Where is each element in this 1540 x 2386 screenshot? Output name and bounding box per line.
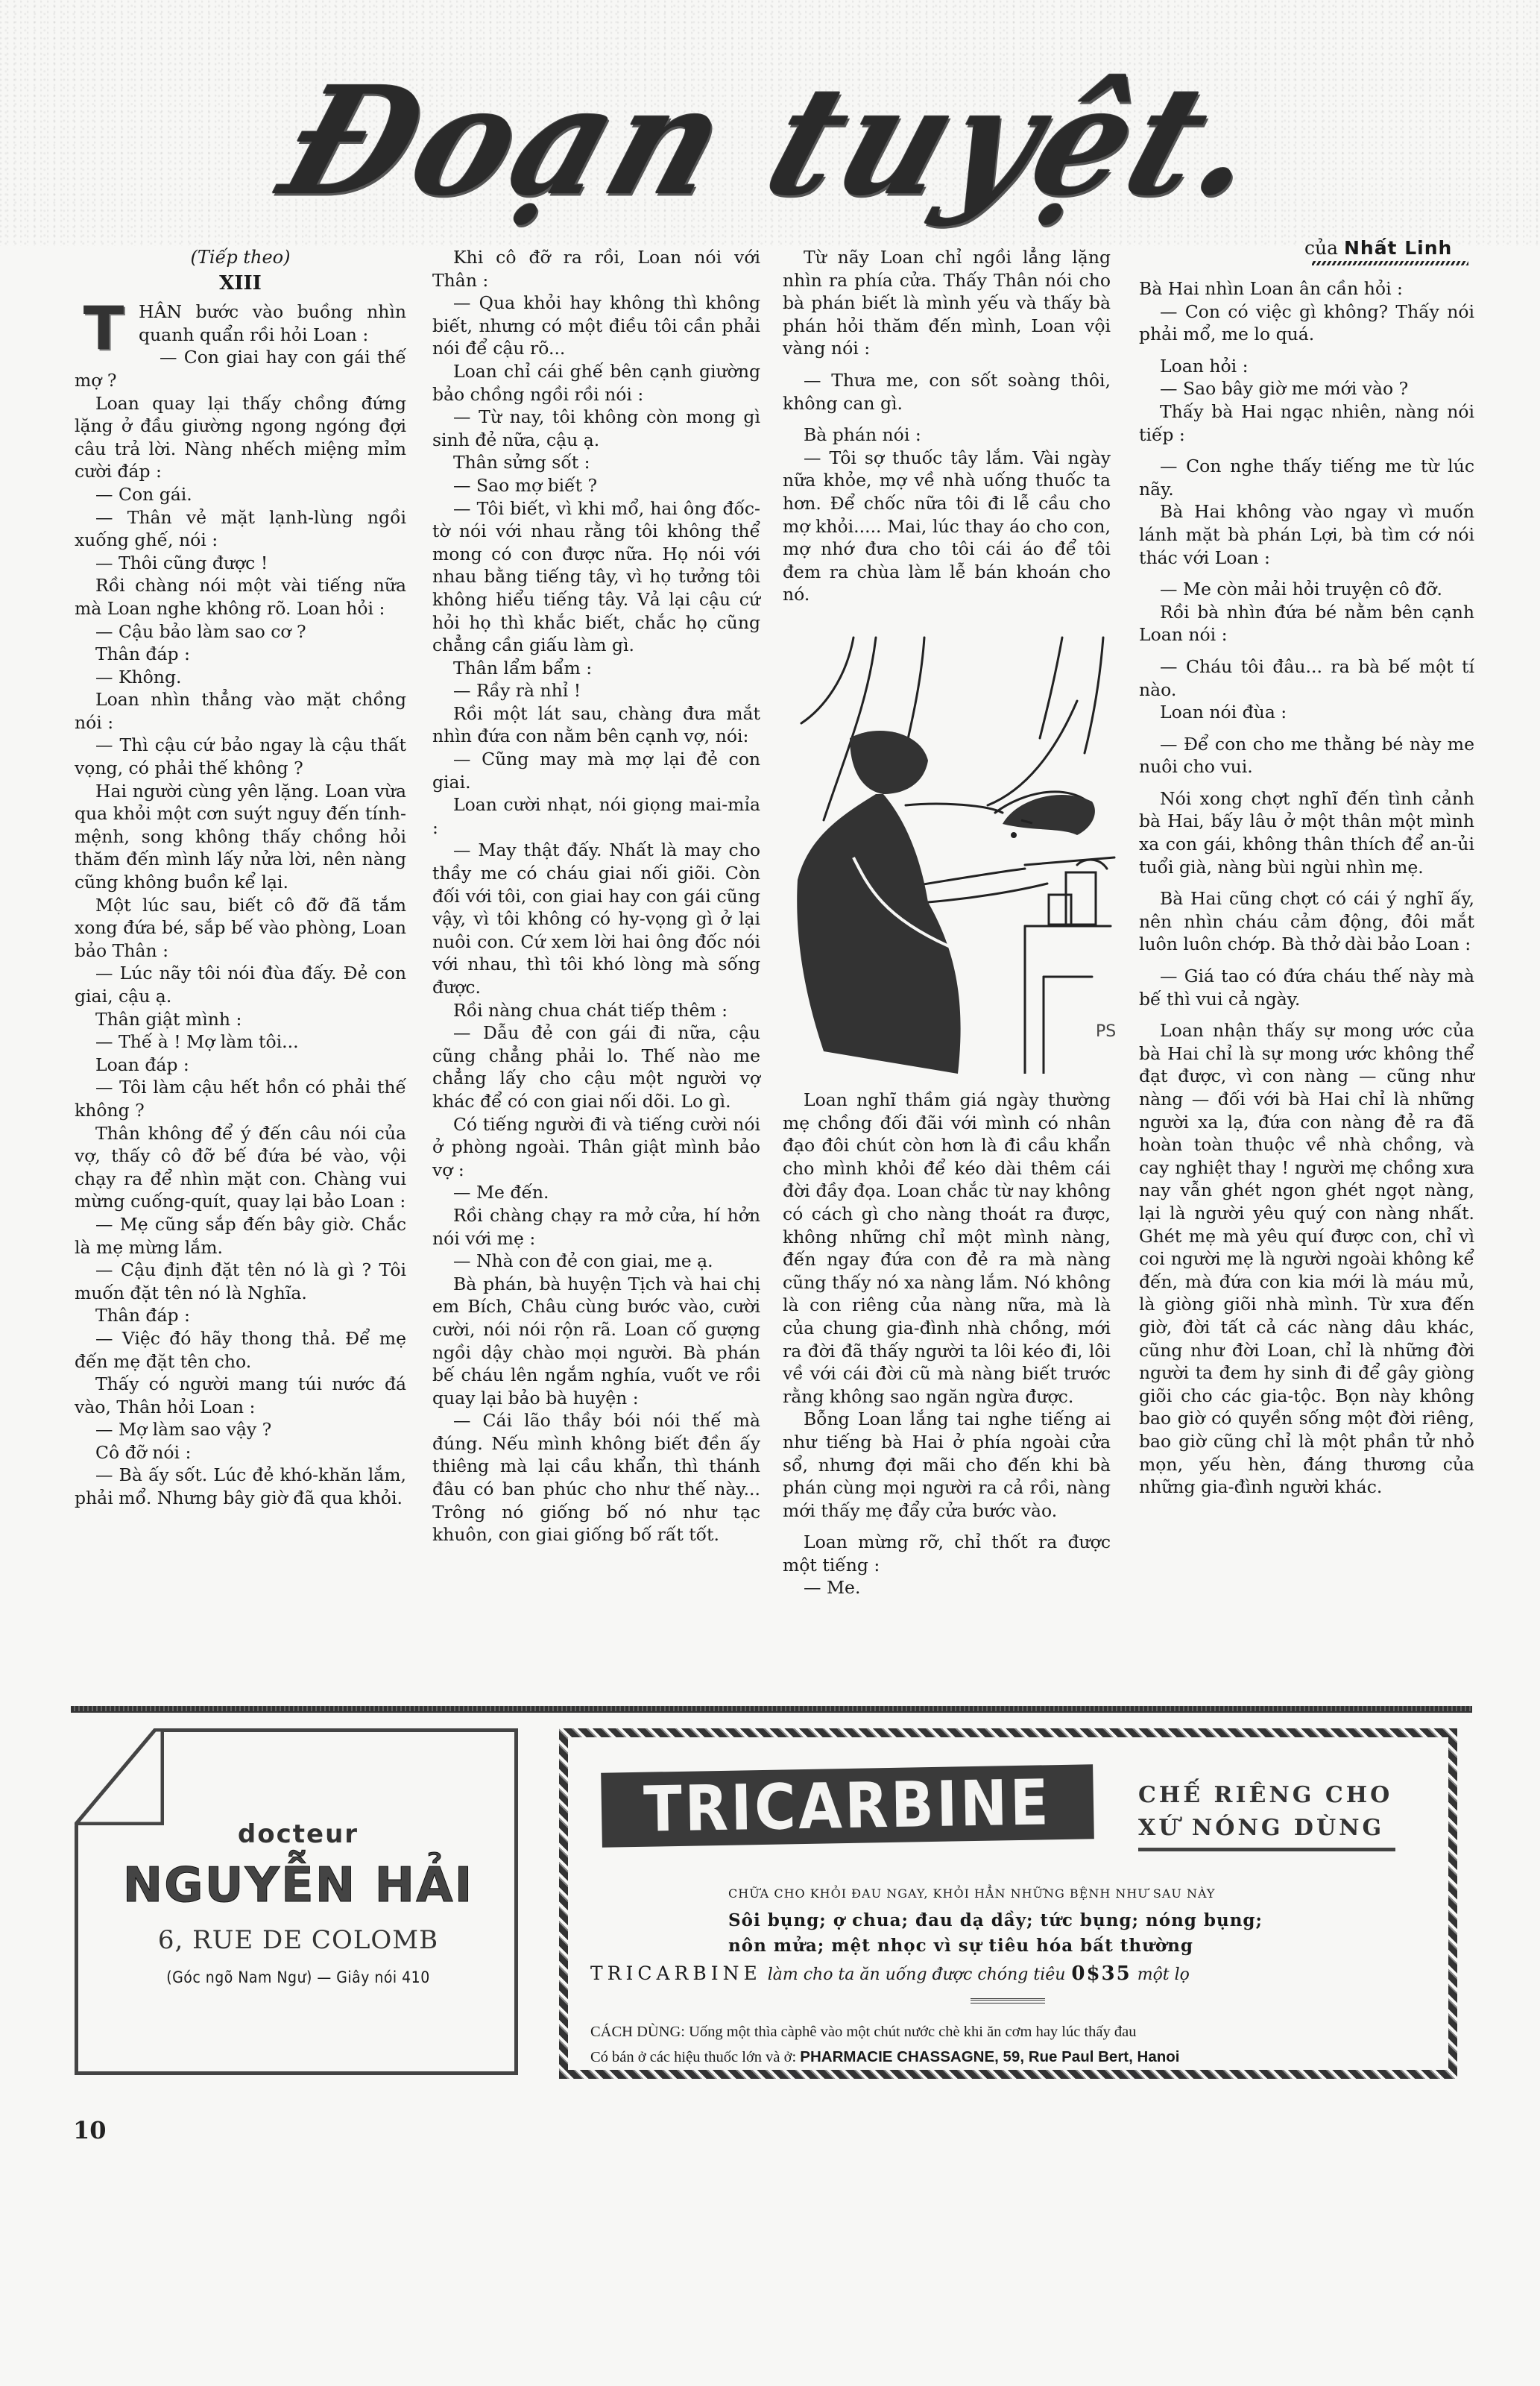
price-divider bbox=[971, 1998, 1045, 2003]
chapter-heading: XIII bbox=[75, 272, 406, 295]
continued-label: (Tiếp theo) bbox=[75, 246, 406, 269]
price-amount: 0$35 bbox=[1071, 1962, 1131, 1985]
story-column-4: Bà Hai nhìn Loan ân cần hỏi : — Con có v… bbox=[1139, 277, 1474, 1499]
tricarbine-logo: TRICARBINE bbox=[601, 1764, 1094, 1848]
drop-cap: T bbox=[75, 302, 133, 356]
tagline-line-1: CHẾ RIÊNG CHO bbox=[1138, 1779, 1395, 1812]
paragraph: Nói xong chợt nghĩ đến tình cảnh bà Hai,… bbox=[1139, 787, 1474, 878]
doctor-title-label: docteur bbox=[82, 1819, 514, 1849]
paragraph: — Me còn mải hỏi truyện cô đỡ. bbox=[1139, 578, 1474, 601]
paragraph: Loan hỏi : bbox=[1139, 355, 1474, 378]
paragraph: — Con gái. bbox=[75, 483, 406, 506]
story-column-2: Khi cô đỡ ra rồi, Loan nói với Thân : — … bbox=[432, 246, 760, 1546]
tricarbine-indications: CHỮA CHO KHỎI ĐAU NGAY, KHỎI HẲN NHỮNG B… bbox=[728, 1886, 1377, 1959]
paragraph: Rồi bà nhìn đứa bé nằm bên cạnh Loan nói… bbox=[1139, 601, 1474, 646]
story-column-1: (Tiếp theo) XIII T HÂN bước vào buồng nh… bbox=[75, 246, 406, 1510]
paragraph: — Cậu định đặt tên nó là gì ? Tôi muốn đ… bbox=[75, 1259, 406, 1304]
paragraph: Loan mừng rỡ, chỉ thốt ra được một tiếng… bbox=[783, 1531, 1111, 1576]
paragraph: Hai người cùng yên lặng. Loan vừa qua kh… bbox=[75, 780, 406, 894]
paragraph: Bỗng Loan lắng tai nghe tiếng ai như tiế… bbox=[783, 1408, 1111, 1522]
paragraph: Loan cười nhạt, nói giọng mai-mỉa : bbox=[432, 793, 760, 839]
byline-author: Nhất Linh bbox=[1344, 237, 1452, 259]
paragraph: — Từ nay, tôi không còn mong gì sinh đẻ … bbox=[432, 406, 760, 451]
section-divider bbox=[71, 1706, 1472, 1713]
paragraph: Loan quay lại thấy chồng đứng lặng ở đầu… bbox=[75, 392, 406, 483]
price-description: làm cho ta ăn uống được chóng tiêu bbox=[768, 1965, 1066, 1984]
illustrator-signature: PS bbox=[1096, 1022, 1116, 1041]
byline: của Nhất Linh bbox=[1304, 237, 1452, 259]
tricarbine-tagline: CHẾ RIÊNG CHO XỨ NÓNG DÙNG bbox=[1138, 1779, 1395, 1851]
serial-title: Đoạn tuyệt. bbox=[268, 67, 1283, 216]
tagline-line-2: XỨ NÓNG DÙNG bbox=[1138, 1812, 1395, 1845]
byline-decorative-rule bbox=[1312, 261, 1468, 265]
paragraph: — Con nghe thấy tiếng me từ lúc nãy. bbox=[1139, 455, 1474, 500]
paragraph: — Sao mợ biết ? bbox=[432, 474, 760, 497]
paragraph: — Mẹ cũng sắp đến bây giờ. Chắc là mẹ mừ… bbox=[75, 1213, 406, 1259]
doctor-address: 6, RUE DE COLOMB bbox=[82, 1925, 514, 1955]
paragraph: — Giá tao có đứa cháu thế này mà bế thì … bbox=[1139, 965, 1474, 1010]
paragraph: Thấy có người mang túi nước đá vào, Thân… bbox=[75, 1373, 406, 1418]
paragraph: — Tôi biết, vì khi mổ, hai ông đốc-tờ nó… bbox=[432, 497, 760, 657]
paragraph: — Tôi sợ thuốc tây lắm. Vài ngày nữa khỏ… bbox=[783, 447, 1111, 606]
retailer-name: PHARMACIE CHASSAGNE, 59, Rue Paul Bert, … bbox=[800, 2048, 1179, 2065]
paragraph: — Cháu tôi đâu... ra bà bế một tí nào. bbox=[1139, 655, 1474, 701]
tricarbine-logo-text: TRICARBINE bbox=[643, 1766, 1052, 1846]
paragraph: Khi cô đỡ ra rồi, Loan nói với Thân : bbox=[432, 246, 760, 292]
story-column-3-top: Từ nãy Loan chỉ ngồi lẳng lặng nhìn ra p… bbox=[783, 246, 1111, 606]
masthead: Đoạn tuyệt. bbox=[142, 52, 1409, 231]
paragraph: Loan chỉ cái ghế bên cạnh giường bảo chồ… bbox=[432, 360, 760, 406]
paragraph: Bà phán, bà huyện Tịch và hai chị em Bíc… bbox=[432, 1273, 760, 1410]
tricarbine-advertisement: TRICARBINE CHẾ RIÊNG CHO XỨ NÓNG DÙNG CH… bbox=[559, 1728, 1457, 2079]
paragraph: — Mợ làm sao vậy ? bbox=[75, 1418, 406, 1441]
paragraph: — Con có việc gì không? Thấy nói phải mổ… bbox=[1139, 300, 1474, 346]
price-unit: một lọ bbox=[1137, 1965, 1190, 1984]
paragraph: Bà Hai không vào ngay vì muốn lánh mặt b… bbox=[1139, 500, 1474, 569]
paragraph: Thấy bà Hai ngạc nhiên, nàng nói tiếp : bbox=[1139, 400, 1474, 446]
paragraph: Rồi chàng chạy ra mở cửa, hí hởn nói với… bbox=[432, 1204, 760, 1250]
paragraph: Loan nhìn thẳng vào mặt chồng nói : bbox=[75, 688, 406, 734]
folded-corner-icon bbox=[75, 1728, 164, 1825]
paragraph: Một lúc sau, biết cô đỡ đã tắm xong đứa … bbox=[75, 894, 406, 963]
paragraph: — Thế à ! Mợ làm tôi... bbox=[75, 1030, 406, 1054]
paragraph: — Cái lão thầy bói nói thế mà đúng. Nếu … bbox=[432, 1409, 760, 1546]
retailer-line: Có bán ở các hiệu thuốc lớn và ở: PHARMA… bbox=[590, 2045, 1433, 2070]
paragraph: — Thôi cũng được ! bbox=[75, 552, 406, 575]
paragraph: Bà Hai nhìn Loan ân cần hỏi : bbox=[1139, 277, 1474, 300]
symptoms-list: Sôi bụng; ợ chua; đau dạ dầy; tức bụng; … bbox=[728, 1908, 1377, 1959]
doctor-name: NGUYỄN HẢI bbox=[82, 1858, 514, 1913]
paragraph: Rồi chàng nói một vài tiếng nữa mà Loan … bbox=[75, 574, 406, 620]
paragraph: Bà Hai cũng chợt có cái ý nghĩ ấy, nên n… bbox=[1139, 887, 1474, 956]
paragraph: Loan đáp : bbox=[75, 1054, 406, 1077]
paragraph: — Thì cậu cứ bảo ngay là cậu thất vọng, … bbox=[75, 734, 406, 779]
paragraph: — Lúc nãy tôi nói đùa đấy. Đẻ con giai, … bbox=[75, 962, 406, 1007]
paragraph: — Cũng may mà mợ lại đẻ con giai. bbox=[432, 748, 760, 793]
paragraph: — May thật đấy. Nhất là may cho thầy me … bbox=[432, 839, 760, 998]
bedside-scene-illustration: PS bbox=[779, 634, 1129, 1074]
paragraph: — Bà ấy sốt. Lúc đẻ khó-khăn lắm, phải m… bbox=[75, 1464, 406, 1509]
paragraph: — Qua khỏi hay không thì không biết, như… bbox=[432, 292, 760, 360]
doctor-advertisement: docteur NGUYỄN HẢI 6, RUE DE COLOMB (Góc… bbox=[82, 1819, 514, 1986]
paragraph: Thân không để ý đến câu nói của vợ, thấy… bbox=[75, 1122, 406, 1213]
paragraph: — Cậu bảo làm sao cơ ? bbox=[75, 620, 406, 643]
paragraph: — Sao bây giờ me mới vào ? bbox=[1139, 377, 1474, 400]
usage-instructions: CÁCH DÙNG: Uống một thìa càphê vào một c… bbox=[590, 2019, 1433, 2070]
paragraph: — Rầy rà nhỉ ! bbox=[432, 679, 760, 702]
price-brand: TRICARBINE bbox=[590, 1962, 762, 1984]
usage-text: CÁCH DÙNG: Uống một thìa càphê vào một c… bbox=[590, 2019, 1433, 2045]
paragraph: Loan nghĩ thầm giá ngày thường mẹ chồng … bbox=[783, 1089, 1111, 1408]
paragraph: Bà phán nói : bbox=[783, 424, 1111, 447]
paragraph: Thân đáp : bbox=[75, 1304, 406, 1327]
story-column-3-bottom: Loan nghĩ thầm giá ngày thường mẹ chồng … bbox=[783, 1089, 1111, 1599]
paragraph: — Dẫu đẻ con gái đi nữa, cậu cũng chẳng … bbox=[432, 1022, 760, 1112]
paragraph: — Không. bbox=[75, 666, 406, 689]
paragraph: Loan nói đùa : bbox=[1139, 701, 1474, 724]
paragraph: — Việc đó hãy thong thả. Để mẹ đến mẹ đặ… bbox=[75, 1327, 406, 1373]
symptoms-line-2: nôn mửa; mệt nhọc vì sự tiêu hóa bất thư… bbox=[728, 1933, 1377, 1959]
opening-paragraph: T HÂN bước vào buồng nhìn quanh quẩn rồi… bbox=[75, 300, 406, 391]
symptoms-line-1: Sôi bụng; ợ chua; đau dạ dầy; tức bụng; … bbox=[728, 1908, 1377, 1933]
paragraph: — Tôi làm cậu hết hồn có phải thế không … bbox=[75, 1076, 406, 1121]
indications-heading: CHỮA CHO KHỎI ĐAU NGAY, KHỎI HẲN NHỮNG B… bbox=[728, 1886, 1377, 1901]
paragraph: Cô đỡ nói : bbox=[75, 1441, 406, 1464]
paragraph: Thân lẩm bẩm : bbox=[432, 657, 760, 680]
paragraph: — Me. bbox=[783, 1576, 1111, 1599]
price-line: TRICARBINE làm cho ta ăn uống được chóng… bbox=[590, 1962, 1433, 1985]
paragraph: Thân đáp : bbox=[75, 643, 406, 666]
paragraph: Rồi một lát sau, chàng đưa mắt nhìn đứa … bbox=[432, 702, 760, 748]
paragraph: — Me đến. bbox=[432, 1181, 760, 1204]
paragraph: Thân sửng sốt : bbox=[432, 451, 760, 474]
story-illustration: PS bbox=[779, 634, 1129, 1074]
page-number: 10 bbox=[73, 2116, 107, 2144]
byline-prefix: của bbox=[1304, 237, 1338, 259]
paragraph: — Thân vẻ mặt lạnh-lùng ngồi xuống ghế, … bbox=[75, 506, 406, 552]
doctor-location-phone: (Góc ngõ Nam Ngư) — Giây nói 410 bbox=[82, 1968, 514, 1986]
paragraph: — Nhà con đẻ con giai, me ạ. bbox=[432, 1250, 760, 1273]
paragraph: Có tiếng người đi và tiếng cười nói ở ph… bbox=[432, 1113, 760, 1182]
paragraph: Từ nãy Loan chỉ ngồi lẳng lặng nhìn ra p… bbox=[783, 246, 1111, 360]
paragraph: — Thưa me, con sốt soàng thôi, không can… bbox=[783, 369, 1111, 415]
paragraph: Rồi nàng chua chát tiếp thêm : bbox=[432, 999, 760, 1022]
paragraph: Thân giật mình : bbox=[75, 1008, 406, 1031]
paragraph: — Để con cho me thằng bé này me nuôi cho… bbox=[1139, 733, 1474, 778]
paragraph: Loan nhận thấy sự mong ước của bà Hai ch… bbox=[1139, 1019, 1474, 1498]
retailer-prefix: Có bán ở các hiệu thuốc lớn và ở: bbox=[590, 2049, 796, 2065]
